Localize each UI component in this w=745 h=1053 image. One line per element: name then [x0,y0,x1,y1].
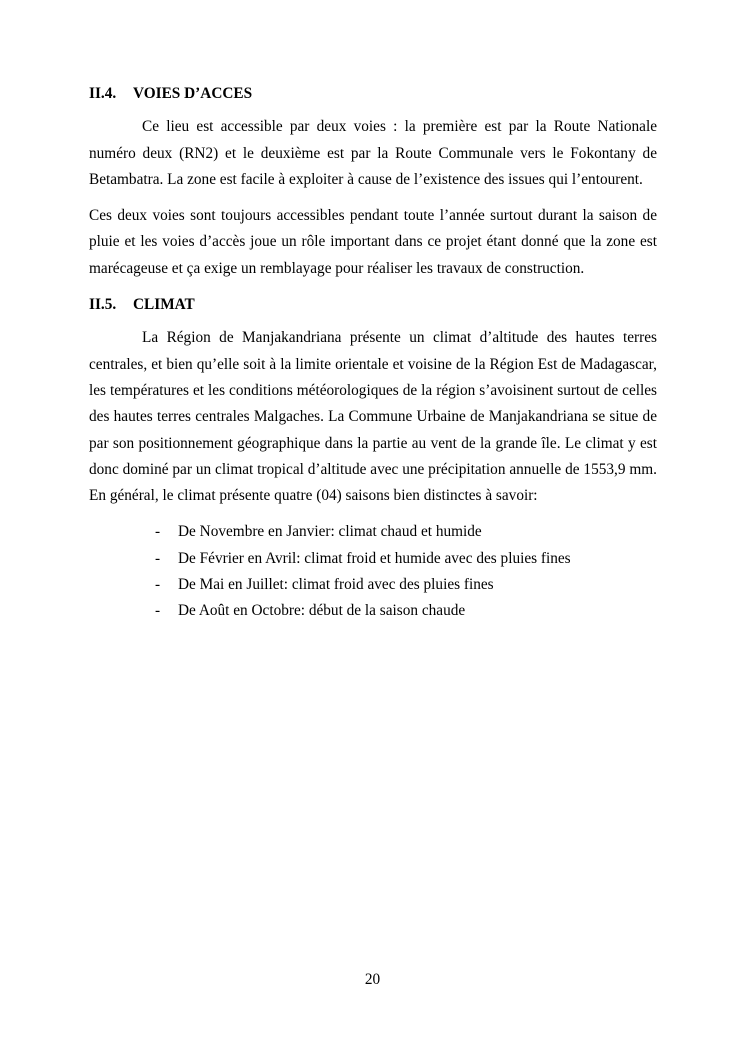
list-item: -De Novembre en Janvier: climat chaud et… [155,519,657,545]
paragraph-access-roads-1: Ce lieu est accessible par deux voies : … [89,114,657,193]
list-item: -De Février en Avril: climat froid et hu… [155,546,657,572]
paragraph-climate: La Région de Manjakandriana présente un … [89,325,657,509]
bullet-dash: - [155,572,178,598]
list-item-text: De Novembre en Janvier: climat chaud et … [178,523,482,540]
list-item-text: De Août en Octobre: début de la saison c… [178,602,465,619]
section-heading-climat: II.5.CLIMAT [89,292,657,318]
paragraph-access-roads-2: Ces deux voies sont toujours accessibles… [89,203,657,282]
list-item-text: De Février en Avril: climat froid et hum… [178,550,571,567]
section-title: VOIES D’ACCES [133,85,252,102]
season-list: -De Novembre en Janvier: climat chaud et… [155,519,657,624]
section-number: II.4. [89,81,133,107]
section-heading-voies-dacces: II.4.VOIES D’ACCES [89,81,657,107]
list-item: -De Août en Octobre: début de la saison … [155,598,657,624]
page-number: 20 [0,970,745,990]
bullet-dash: - [155,598,178,624]
bullet-dash: - [155,519,178,545]
section-number: II.5. [89,292,133,318]
section-title: CLIMAT [133,296,195,313]
list-item: -De Mai en Juillet: climat froid avec de… [155,572,657,598]
list-item-text: De Mai en Juillet: climat froid avec des… [178,576,494,593]
document-page-content: II.4.VOIES D’ACCES Ce lieu est accessibl… [89,81,657,625]
bullet-dash: - [155,546,178,572]
